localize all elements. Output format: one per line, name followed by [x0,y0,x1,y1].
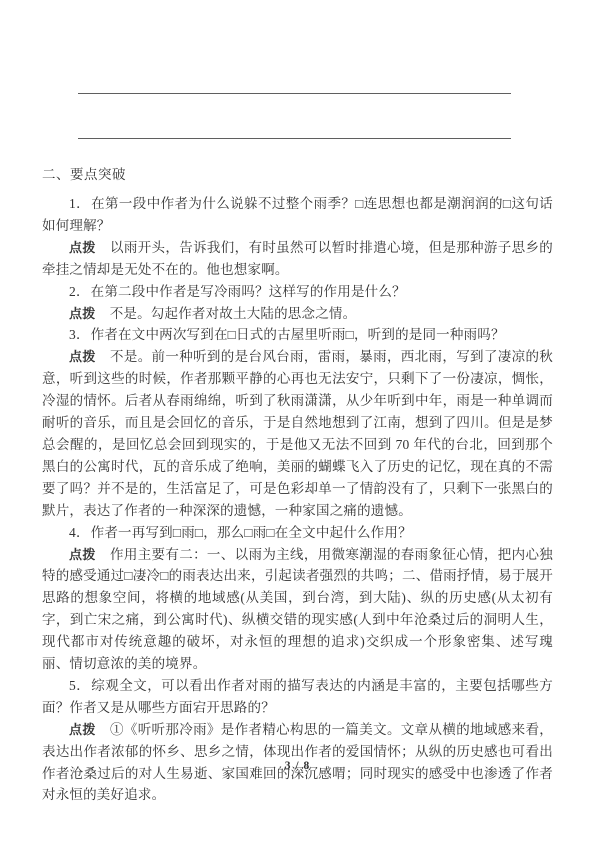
question-text: 在第二段中作者是写冷雨吗？这样写的作用是什么？ [91,284,406,299]
hint-paragraph: 点拨不是。勾起作者对故土大陆的思念之情。 [42,303,553,325]
page-number: 3 / 8 [0,760,595,772]
document-page: 二、要点突破 1．在第一段中作者为什么说躲不过整个雨季？□连思想也都是潮润润的□… [0,0,595,841]
question-text: 作者在文中两次写到在□日式的古屋里听雨□，听到的是同一种雨吗？ [91,327,505,342]
qa-list: 1．在第一段中作者为什么说躲不过整个雨季？□连思想也都是潮润润的□这句话如何理解… [42,193,553,806]
question-number: 2． [69,284,90,299]
question-number: 5． [69,678,90,693]
hint-label: 点拨 [69,722,96,737]
hint-label: 点拨 [69,306,95,321]
question-number: 3． [69,327,90,342]
question-paragraph: 1．在第一段中作者为什么说躲不过整个雨季？□连思想也都是潮润润的□这句话如何理解… [42,193,553,237]
question-paragraph: 3．作者在文中两次写到在□日式的古屋里听雨□，听到的是同一种雨吗？ [42,324,553,346]
question-paragraph: 4．作者一再写到□雨□，那么□雨□在全文中起什么作用？ [42,522,553,544]
hint-text: 以雨开头，告诉我们，有时虽然可以暂时排遣心境，但是那种游子思乡的牵挂之情却是无处… [42,240,553,277]
hint-label: 点拨 [69,547,96,562]
hint-paragraph: 点拨不是。前一种听到的是台风台雨，雷雨，暴雨，西北雨，写到了凄凉的秋意，听到这些… [42,346,553,521]
hint-label: 点拨 [69,349,96,364]
qa-item-4: 4．作者一再写到□雨□，那么□雨□在全文中起什么作用？ 点拨作用主要有二：一、以… [42,522,553,675]
hint-label: 点拨 [69,240,96,255]
document-content: 二、要点突破 1．在第一段中作者为什么说躲不过整个雨季？□连思想也都是潮润润的□… [42,0,553,806]
question-paragraph: 2．在第二段中作者是写冷雨吗？这样写的作用是什么？ [42,281,553,303]
qa-item-1: 1．在第一段中作者为什么说躲不过整个雨季？□连思想也都是潮润润的□这句话如何理解… [42,193,553,281]
hint-text: 不是。勾起作者对故土大陆的思念之情。 [110,306,357,321]
qa-item-5: 5．综观全文，可以看出作者对雨的描写表达的内涵是丰富的，主要包括哪些方面？作者又… [42,675,553,806]
hint-text: 作用主要有二：一、以雨为主线，用微寒潮湿的春雨象征心情，把内心独特的感受通过□凄… [42,547,553,672]
hint-text: 不是。前一种听到的是台风台雨，雷雨，暴雨，西北雨，写到了凄凉的秋意，听到这些的时… [42,349,553,517]
section-heading: 二、要点突破 [42,164,553,186]
question-text: 在第一段中作者为什么说躲不过整个雨季？□连思想也都是潮润润的□这句话如何理解？ [42,196,553,233]
question-paragraph: 5．综观全文，可以看出作者对雨的描写表达的内涵是丰富的，主要包括哪些方面？作者又… [42,675,553,719]
question-number: 4． [69,525,90,540]
question-number: 1． [69,196,90,211]
answer-blank-line-2 [78,138,511,139]
answer-blank-line-1 [78,93,511,94]
qa-item-2: 2．在第二段中作者是写冷雨吗？这样写的作用是什么？ 点拨不是。勾起作者对故土大陆… [42,281,553,325]
question-text: 综观全文，可以看出作者对雨的描写表达的内涵是丰富的，主要包括哪些方面？作者又是从… [42,678,553,715]
question-text: 作者一再写到□雨□，那么□雨□在全文中起什么作用？ [91,525,412,540]
hint-paragraph: 点拨以雨开头，告诉我们，有时虽然可以暂时排遣心境，但是那种游子思乡的牵挂之情却是… [42,237,553,281]
qa-item-3: 3．作者在文中两次写到在□日式的古屋里听雨□，听到的是同一种雨吗？ 点拨不是。前… [42,324,553,521]
hint-paragraph: 点拨作用主要有二：一、以雨为主线，用微寒潮湿的春雨象征心情，把内心独特的感受通过… [42,544,553,675]
